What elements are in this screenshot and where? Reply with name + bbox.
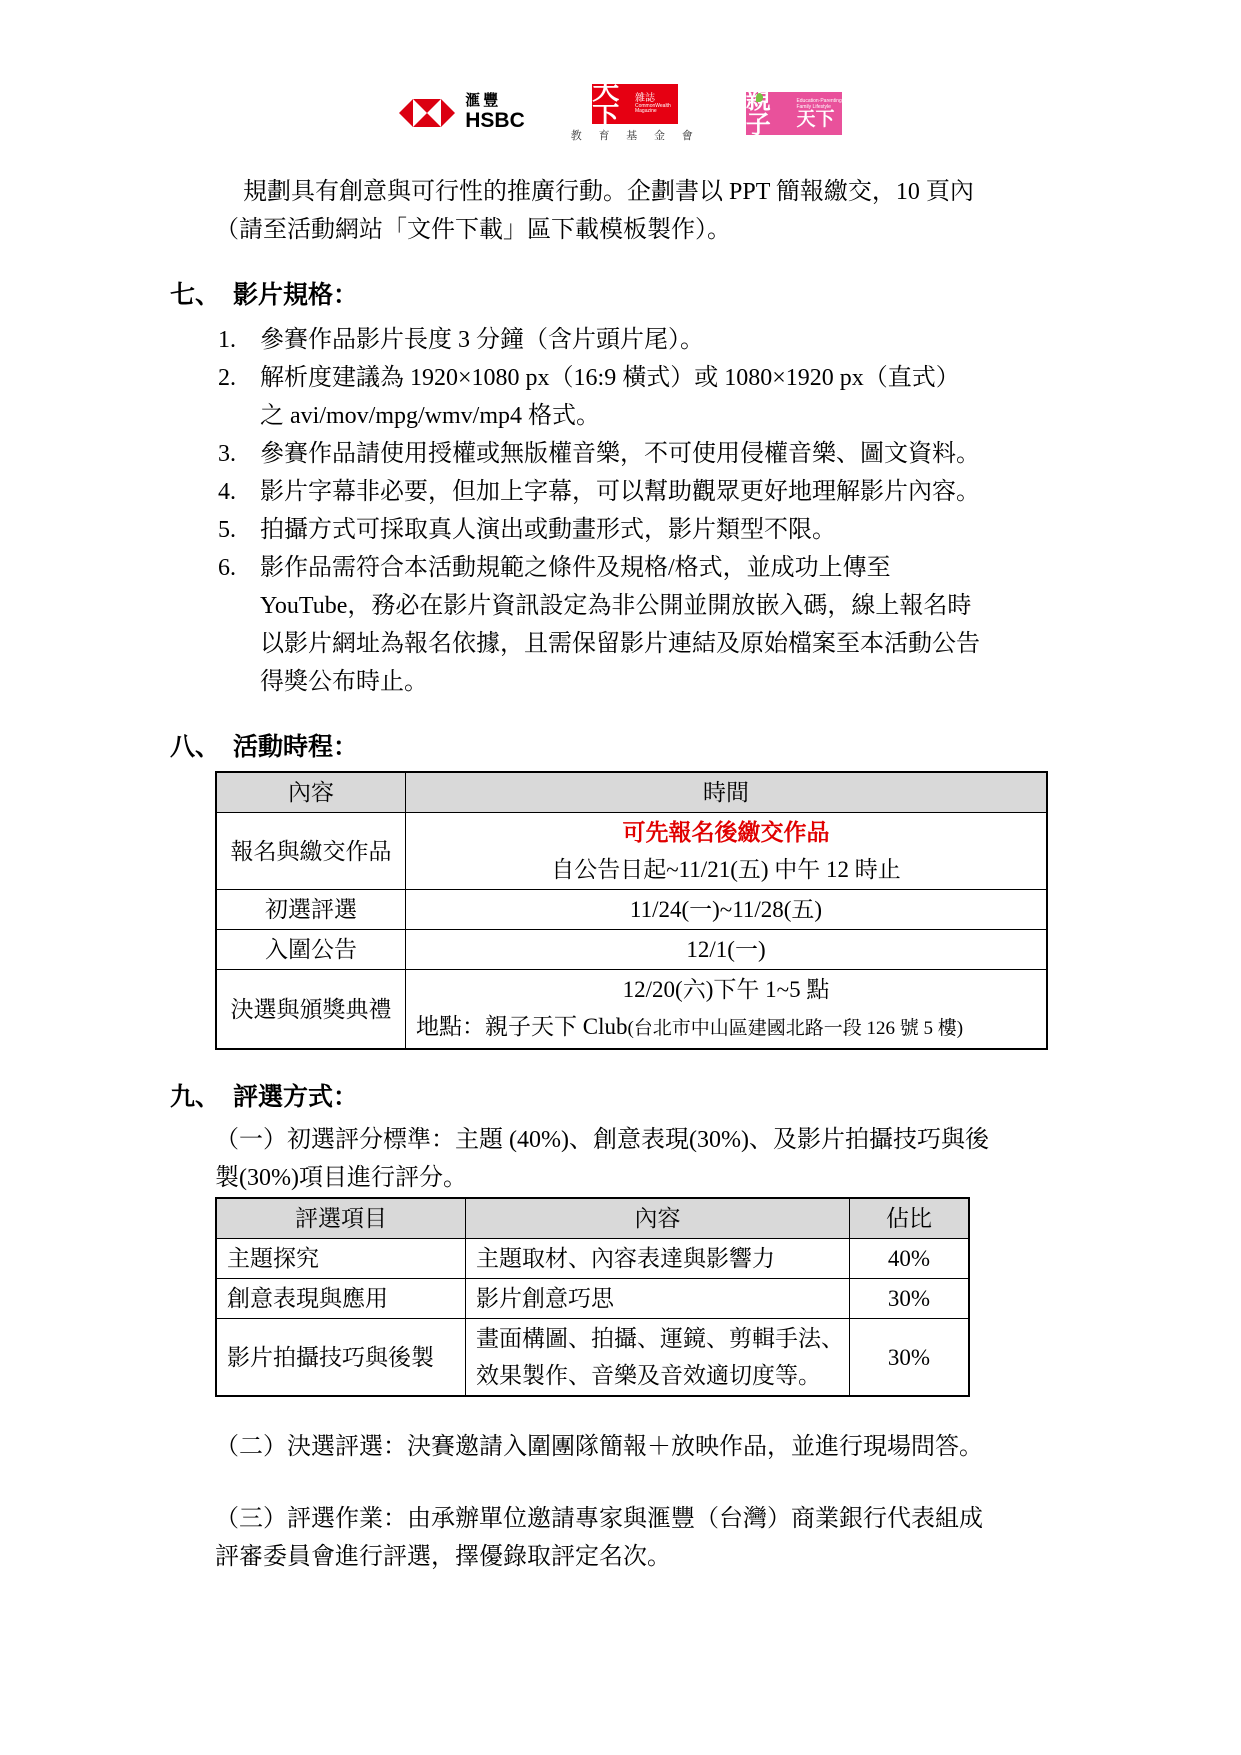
table-row-theme: 主題探究 主題取材、內容表達與影響力 40%	[216, 1239, 969, 1279]
table-row-technique: 影片拍攝技巧與後製 畫面構圖、拍攝、運鏡、剪輯手法、 效果製作、音樂及音效適切度…	[216, 1319, 969, 1397]
schedule-label: 初選評選	[216, 890, 406, 930]
schedule-label: 報名與繳交作品	[216, 813, 406, 890]
judging-criteria-paragraph: （一）初選評分標準：主題 (40%)、創意表現(30%)、及影片拍攝技巧與後 製…	[170, 1121, 1071, 1197]
schedule-time: 可先報名後繳交作品 自公告日起~11/21(五) 中午 12 時止	[406, 813, 1048, 890]
criteria-item: 創意表現與應用	[216, 1279, 466, 1319]
list-item-text: 之 avi/mov/mpg/wmv/mp4 格式。	[260, 397, 1071, 435]
criteria-weight: 30%	[850, 1319, 970, 1397]
schedule-time-detail: 12/20(六)下午 1~5 點	[410, 971, 1042, 1008]
criteria-weight: 40%	[850, 1239, 970, 1279]
list-item-text: 解析度建議為 1920×1080 px（16:9 橫式）或 1080×1920 …	[260, 359, 1071, 397]
criteria-content-line: 效果製作、音樂及音效適切度等。	[476, 1357, 845, 1394]
schedule-header-row: 內容 時間	[216, 772, 1047, 813]
criteria-content: 主題取材、內容表達與影響力	[466, 1239, 850, 1279]
table-row-final-ceremony: 決選與頒獎典禮 12/20(六)下午 1~5 點 地點：親子天下 Club(台北…	[216, 970, 1047, 1050]
list-item-text: 拍攝方式可採取真人演出或動畫形式，影片類型不限。	[260, 511, 1071, 549]
list-item: 6. 影作品需符合本活動規範之條件及規格/格式，並成功上傳至 YouTube，務…	[170, 549, 1071, 701]
paragraph-line: （一）初選評分標準：主題 (40%)、創意表現(30%)、及影片拍攝技巧與後	[215, 1121, 1071, 1159]
judging-process-paragraph: （三）評選作業：由承辦單位邀請專家與滙豐（台灣）商業銀行代表組成 評審委員會進行…	[170, 1500, 1071, 1576]
table-row-registration: 報名與繳交作品 可先報名後繳交作品 自公告日起~11/21(五) 中午 12 時…	[216, 813, 1047, 890]
criteria-header-content: 內容	[466, 1198, 850, 1239]
list-item: 3. 參賽作品請使用授權或無版權音樂，不可使用侵權音樂、圖文資料。	[170, 435, 1071, 473]
list-item-text: 以影片網址為報名依據，且需保留影片連結及原始檔案至本活動公告	[260, 625, 1071, 663]
section-9-number: 九、	[170, 1083, 233, 1113]
schedule-header-content: 內容	[216, 772, 406, 813]
criteria-weight: 30%	[850, 1279, 970, 1319]
list-item-number: 2.	[170, 359, 260, 435]
paragraph-line: 評審委員會進行評選，擇優錄取評定名次。	[215, 1538, 1071, 1576]
section-9-heading: 九、 評選方式：	[170, 1083, 1071, 1113]
section-9-title: 評選方式：	[233, 1083, 358, 1113]
list-item-number: 6.	[170, 549, 260, 701]
sponsor-logos: 滙豐 HSBC 天下 雜誌 CommonWealth Magazine 教 育 …	[0, 86, 1241, 140]
schedule-label: 入圍公告	[216, 930, 406, 970]
criteria-content-line: 畫面構圖、拍攝、運鏡、剪輯手法、	[476, 1320, 845, 1357]
criteria-header-row: 評選項目 內容 佔比	[216, 1198, 969, 1239]
list-item: 2. 解析度建議為 1920×1080 px（16:9 橫式）或 1080×19…	[170, 359, 1071, 435]
criteria-item: 主題探究	[216, 1239, 466, 1279]
parenting-tag: Education·Parenting Family Lifestyle	[796, 98, 841, 110]
intro-paragraph: 規劃具有創意與可行性的推廣行動。企劃書以 PPT 簡報繳交，10 頁內 （請至活…	[170, 173, 1071, 249]
final-judging-paragraph: （二）決選評選：決賽邀請入圍團隊簡報＋放映作品，並進行現場問答。	[170, 1428, 1071, 1466]
list-item-text: YouTube，務必在影片資訊設定為非公開並開放嵌入碼，線上報名時	[260, 587, 1071, 625]
location-main: 地點：親子天下 Club	[416, 1014, 627, 1039]
criteria-item: 影片拍攝技巧與後製	[216, 1319, 466, 1397]
intro-line-1: 規劃具有創意與可行性的推廣行動。企劃書以 PPT 簡報繳交，10 頁內	[170, 173, 1071, 211]
hsbc-hexagon-icon	[399, 97, 455, 129]
schedule-note-red: 可先報名後繳交作品	[410, 814, 1042, 851]
commonwealth-logo-box: 天下 雜誌 CommonWealth Magazine	[592, 84, 678, 124]
table-row-finalist-announcement: 入圍公告 12/1(一)	[216, 930, 1047, 970]
parenting-wordmark-b: 天下	[796, 110, 834, 129]
section-8-title: 活動時程：	[233, 733, 358, 763]
list-item-text: 影作品需符合本活動規範之條件及規格/格式，並成功上傳至	[260, 549, 1071, 587]
paragraph-line: （三）評選作業：由承辦單位邀請專家與滙豐（台灣）商業銀行代表組成	[215, 1500, 1071, 1538]
hsbc-name-zh: 滙豐	[465, 94, 525, 110]
list-item: 4. 影片字幕非必要，但加上字幕，可以幫助觀眾更好地理解影片內容。	[170, 473, 1071, 511]
schedule-time: 12/1(一)	[406, 930, 1048, 970]
table-row-preliminary: 初選評選 11/24(一)~11/28(五)	[216, 890, 1047, 930]
video-spec-list: 1. 參賽作品影片長度 3 分鐘（含片頭片尾）。 2. 解析度建議為 1920×…	[170, 321, 1071, 701]
list-item-number: 4.	[170, 473, 260, 511]
parenting-wordmark-a: 親子	[746, 88, 795, 138]
section-8-number: 八、	[170, 733, 233, 763]
schedule-time: 12/20(六)下午 1~5 點 地點：親子天下 Club(台北市中山區建國北路…	[406, 970, 1048, 1050]
section-8-heading: 八、 活動時程：	[170, 733, 1071, 763]
schedule-time-detail: 自公告日起~11/21(五) 中午 12 時止	[410, 851, 1042, 888]
section-7-number: 七、	[170, 281, 233, 311]
commonwealth-tag-en: CommonWealth Magazine	[635, 104, 678, 115]
list-item-text: 參賽作品影片長度 3 分鐘（含片頭片尾）。	[260, 321, 1071, 359]
criteria-header-item: 評選項目	[216, 1198, 466, 1239]
table-row-creativity: 創意表現與應用 影片創意巧思 30%	[216, 1279, 969, 1319]
parenting-sub: Education·Parenting Family Lifestyle 天下	[796, 98, 841, 129]
document-page: 滙豐 HSBC 天下 雜誌 CommonWealth Magazine 教 育 …	[0, 0, 1241, 1755]
schedule-header-time: 時間	[406, 772, 1048, 813]
hsbc-name-en: HSBC	[465, 110, 525, 132]
commonwealth-wordmark: 天下	[592, 77, 632, 131]
schedule-label: 決選與頒獎典禮	[216, 970, 406, 1050]
list-item-text: 得獎公布時止。	[260, 663, 1071, 701]
schedule-location: 地點：親子天下 Club(台北市中山區建國北路一段 126 號 5 樓)	[410, 1008, 1042, 1047]
education-foundation-label: 教 育 基 金 會	[571, 127, 700, 143]
list-item-number: 5.	[170, 511, 260, 549]
list-item: 5. 拍攝方式可採取真人演出或動畫形式，影片類型不限。	[170, 511, 1071, 549]
hsbc-logo: 滙豐 HSBC	[399, 94, 525, 132]
list-item-number: 3.	[170, 435, 260, 473]
commonwealth-tag: 雜誌	[635, 93, 655, 104]
commonwealth-magazine-logo: 天下 雜誌 CommonWealth Magazine 教 育 基 金 會	[571, 84, 700, 143]
criteria-content: 影片創意巧思	[466, 1279, 850, 1319]
paragraph-line: 製(30%)項目進行評分。	[215, 1159, 1071, 1197]
parenting-logo: 親子 Education·Parenting Family Lifestyle …	[746, 92, 842, 135]
commonwealth-sub: 雜誌 CommonWealth Magazine	[635, 93, 678, 115]
section-7-heading: 七、 影片規格：	[170, 281, 1071, 311]
criteria-header-weight: 佔比	[850, 1198, 970, 1239]
schedule-time: 11/24(一)~11/28(五)	[406, 890, 1048, 930]
criteria-table: 評選項目 內容 佔比 主題探究 主題取材、內容表達與影響力 40% 創意表現與應…	[215, 1197, 970, 1397]
leaf-icon	[756, 93, 763, 102]
list-item-number: 1.	[170, 321, 260, 359]
list-item: 1. 參賽作品影片長度 3 分鐘（含片頭片尾）。	[170, 321, 1071, 359]
hsbc-wordmark: 滙豐 HSBC	[465, 94, 525, 132]
section-7-title: 影片規格：	[233, 281, 358, 311]
document-content: 規劃具有創意與可行性的推廣行動。企劃書以 PPT 簡報繳交，10 頁內 （請至活…	[0, 173, 1241, 1576]
criteria-content: 畫面構圖、拍攝、運鏡、剪輯手法、 效果製作、音樂及音效適切度等。	[466, 1319, 850, 1397]
location-address: (台北市中山區建國北路一段 126 號 5 樓)	[627, 1018, 963, 1039]
intro-line-2: （請至活動網站「文件下載」區下載模板製作）。	[170, 211, 1071, 249]
schedule-table: 內容 時間 報名與繳交作品 可先報名後繳交作品 自公告日起~11/21(五) 中…	[215, 771, 1048, 1050]
list-item-text: 影片字幕非必要，但加上字幕，可以幫助觀眾更好地理解影片內容。	[260, 473, 1071, 511]
list-item-text: 參賽作品請使用授權或無版權音樂，不可使用侵權音樂、圖文資料。	[260, 435, 1071, 473]
